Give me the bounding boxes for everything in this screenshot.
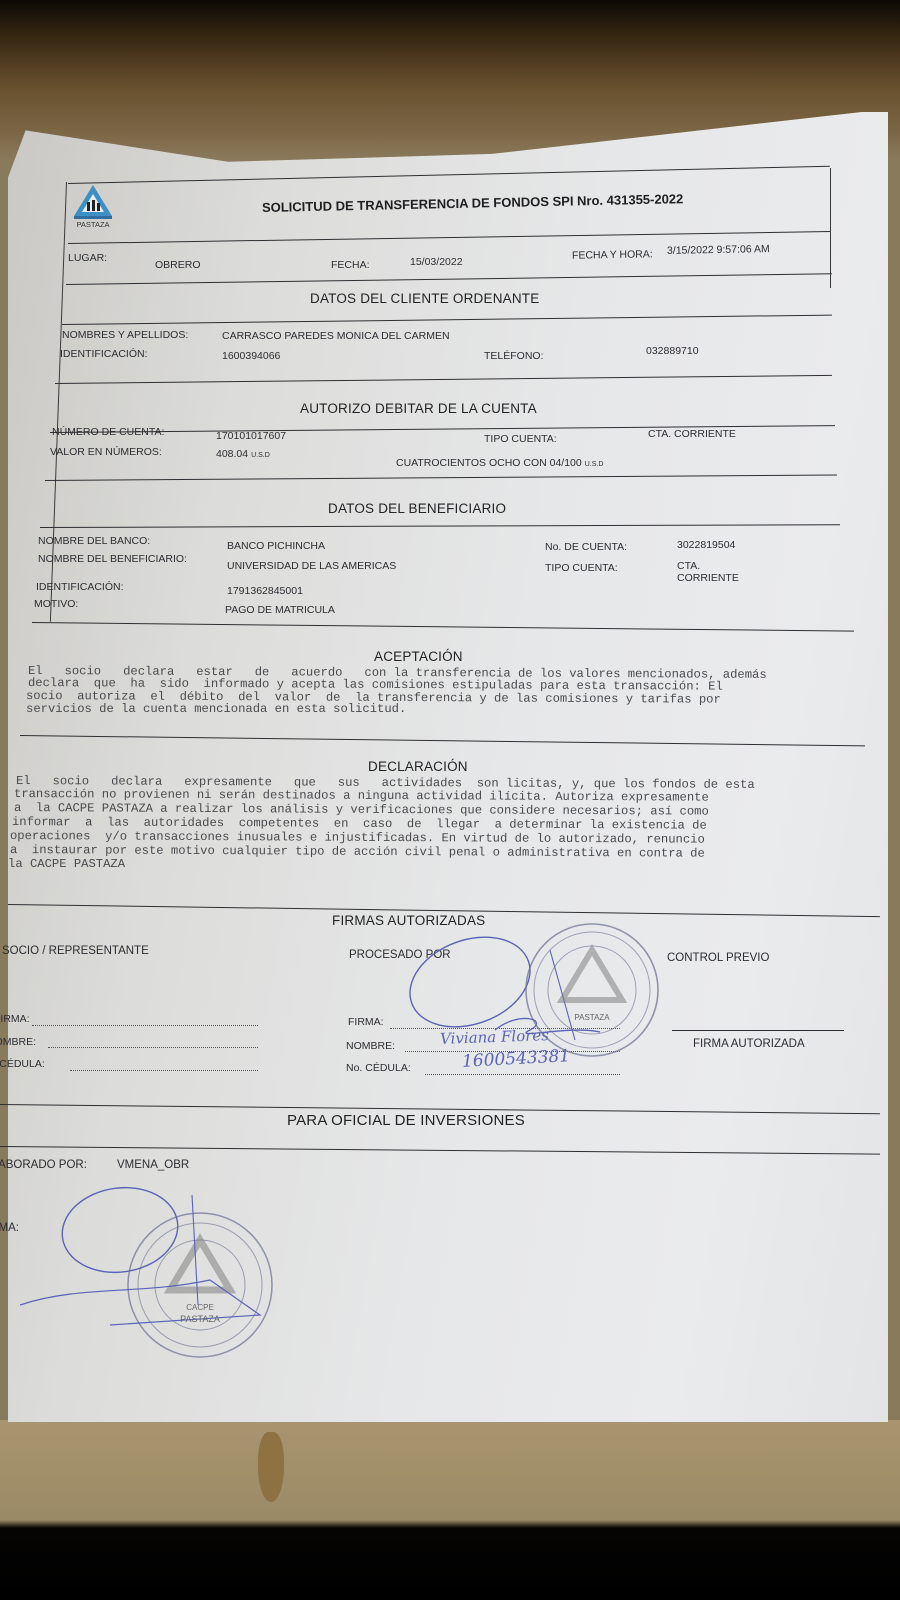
motivo-label: MOTIVO: xyxy=(34,598,78,610)
declaracion-line: la CACPE PASTAZA xyxy=(8,859,125,871)
section-heading-cliente-ordenante: DATOS DEL CLIENTE ORDENANTE xyxy=(310,291,539,306)
svg-text:PASTAZA: PASTAZA xyxy=(76,220,109,229)
identificacion-value: 1600394066 xyxy=(222,350,280,362)
fecha-label: FECHA: xyxy=(331,259,370,271)
section-heading-beneficiario: DATOS DEL BENEFICIARIO xyxy=(328,501,506,516)
no-cuenta-value: 3022819504 xyxy=(677,539,735,551)
valor-letras-value: CUATROCIENTOS OCHO CON 04/100U.S.D xyxy=(396,457,603,469)
motivo-value: PAGO DE MATRICULA xyxy=(225,604,335,616)
cacpe-pastaza-logo: PASTAZA xyxy=(68,182,118,230)
lugar-label: LUGAR: xyxy=(68,252,107,264)
procesado-firma-label: FIRMA: xyxy=(348,1016,384,1028)
valor-numeros-currency: U.S.D xyxy=(251,452,270,459)
rule xyxy=(0,1146,880,1155)
socio-nombre-line[interactable] xyxy=(48,1047,258,1048)
rule xyxy=(66,273,832,285)
socio-cedula-line[interactable] xyxy=(70,1070,258,1071)
banco-label: NOMBRE DEL BANCO: xyxy=(38,535,150,547)
fecha-value: 15/03/2022 xyxy=(410,256,463,268)
section-heading-oficial-inversiones: PARA OFICIAL DE INVERSIONES xyxy=(287,1112,525,1129)
tipo-cuenta-beneficiario-value-2: CORRIENTE xyxy=(677,572,739,584)
socio-cedula-label: No. CÉDULA: xyxy=(0,1058,45,1070)
identificacion-label: IDENTIFICACIÓN: xyxy=(60,348,148,360)
rule xyxy=(20,735,865,746)
firma-autorizada-line xyxy=(672,1030,844,1031)
nombres-value: CARRASCO PAREDES MONICA DEL CARMEN xyxy=(222,330,450,342)
rule xyxy=(68,231,830,244)
oficial-firma-label: FIRMA: xyxy=(0,1222,19,1234)
valor-letras-currency: U.S.D xyxy=(585,461,604,468)
valor-numeros-value: 408.04U.S.D xyxy=(216,448,270,460)
section-heading-autorizo-debitar: AUTORIZO DEBITAR DE LA CUENTA xyxy=(300,401,537,416)
section-heading-aceptacion: ACEPTACIÓN xyxy=(374,649,463,664)
rule xyxy=(62,315,832,325)
socio-nombre-label: NOMBRE: xyxy=(0,1036,36,1048)
lower-signature-and-seal-icon: CACPE PASTAZA xyxy=(20,1185,300,1400)
socio-firma-line[interactable] xyxy=(32,1025,258,1026)
beneficiario-identificacion-label: IDENTIFICACIÓN: xyxy=(36,581,124,593)
tipo-cuenta-label: TIPO CUENTA: xyxy=(484,433,557,445)
elaborado-value: VMENA_OBR xyxy=(117,1159,189,1171)
socio-heading: SOCIO / REPRESENTANTE xyxy=(2,945,149,957)
tipo-cuenta-beneficiario-value-1: CTA. xyxy=(677,560,700,572)
form-title: SOLICITUD DE TRANSFERENCIA DE FONDOS SPI… xyxy=(262,191,684,215)
form-right-border xyxy=(830,168,831,288)
rule xyxy=(45,474,837,481)
no-cuenta-label: No. DE CUENTA: xyxy=(545,541,627,553)
beneficiario-label: NOMBRE DEL BENEFICIARIO: xyxy=(38,553,187,565)
aceptacion-line: servicios de la cuenta mencionada en est… xyxy=(26,704,406,716)
rule xyxy=(40,524,840,528)
telefono-value: 032889710 xyxy=(646,345,699,357)
rule xyxy=(68,166,830,184)
numero-cuenta-value: 170101017607 xyxy=(216,430,286,442)
fecha-hora-label: FECHA Y HORA: xyxy=(572,248,653,261)
tipo-cuenta-value: CTA. CORRIENTE xyxy=(648,428,736,440)
transfer-request-form: PASTAZA SOLICITUD DE TRANSFERENCIA DE FO… xyxy=(0,0,900,1600)
tipo-cuenta-beneficiario-label: TIPO CUENTA: xyxy=(545,562,618,574)
control-previo-heading: CONTROL PREVIO xyxy=(667,952,769,964)
nombres-label: NOMBRES Y APELLIDOS: xyxy=(62,329,188,341)
telefono-label: TELÉFONO: xyxy=(484,350,544,362)
valor-numeros-label: VALOR EN NÚMEROS: xyxy=(50,446,162,458)
banco-value: BANCO PICHINCHA xyxy=(227,540,325,552)
svg-text:PASTAZA: PASTAZA xyxy=(180,1314,220,1324)
svg-text:CACPE: CACPE xyxy=(186,1303,214,1312)
rule xyxy=(55,375,832,384)
numero-cuenta-label: NÚMERO DE CUENTA: xyxy=(52,426,164,438)
lugar-value: OBRERO xyxy=(155,259,201,271)
elaborado-label: ELABORADO POR: xyxy=(0,1159,87,1171)
cacpe-seal-stamp-icon: PASTAZA xyxy=(522,920,662,1060)
valor-numeros-amount: 408.04 xyxy=(216,448,248,460)
beneficiario-identificacion-value: 1791362845001 xyxy=(227,585,303,597)
section-heading-firmas: FIRMAS AUTORIZADAS xyxy=(332,913,485,928)
firma-autorizada-label: FIRMA AUTORIZADA xyxy=(693,1038,805,1050)
valor-letras-text: CUATROCIENTOS OCHO CON 04/100 xyxy=(396,457,582,469)
procesado-nombre-label: NOMBRE: xyxy=(346,1040,395,1052)
beneficiario-value: UNIVERSIDAD DE LAS AMERICAS xyxy=(227,560,396,572)
section-heading-declaracion: DECLARACIÓN xyxy=(368,759,468,774)
svg-text:PASTAZA: PASTAZA xyxy=(574,1013,610,1022)
rule xyxy=(32,622,854,632)
socio-firma-label: FIRMA: xyxy=(0,1013,30,1025)
fecha-hora-value: 3/15/2022 9:57:06 AM xyxy=(667,243,770,257)
